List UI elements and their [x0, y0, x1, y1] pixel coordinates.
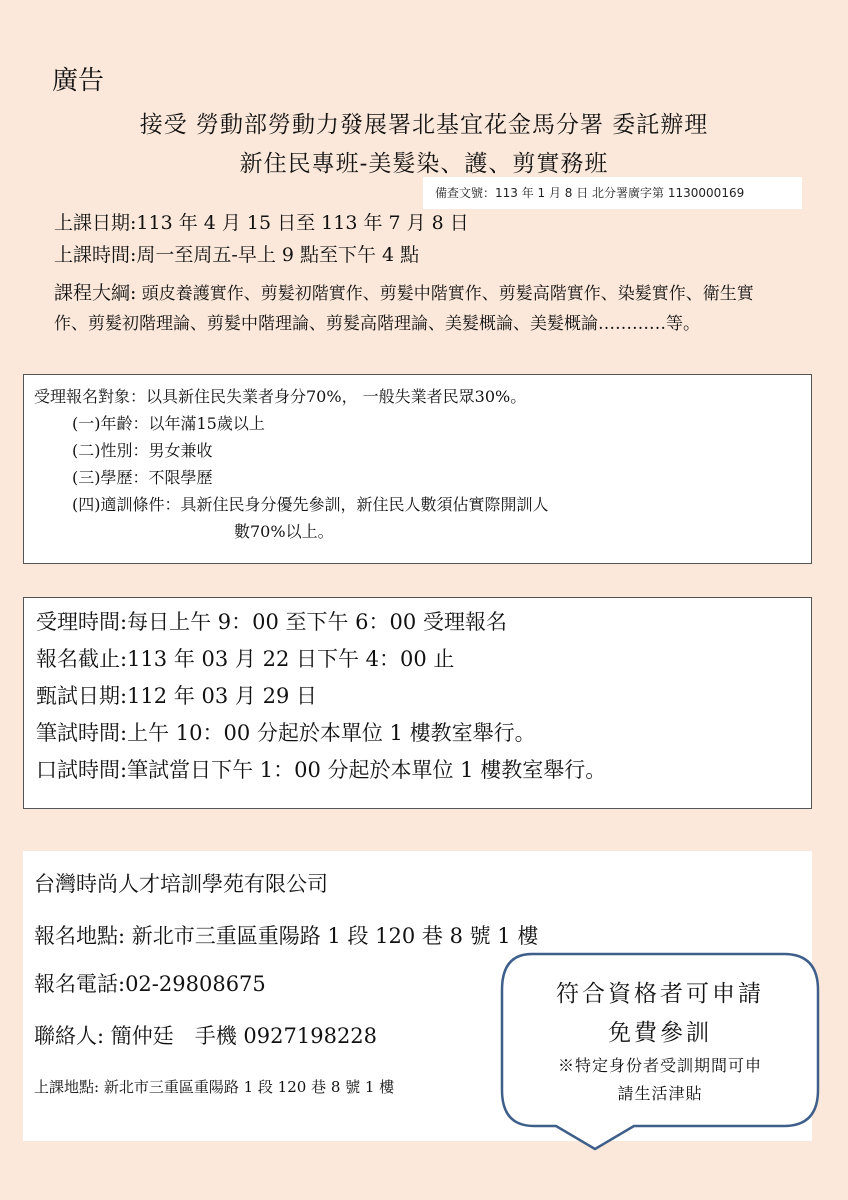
reference-number: 備查文號：113 年 1 月 8 日 北分署廣字第 1130000169 — [423, 177, 802, 209]
registration-phone: 報名電話:02-29808675 — [34, 968, 266, 998]
course-outline: 課程大綱: 頭皮養護實作、剪髮初階實作、剪髮中階實作、剪髮高階實作、染髮實作、衛… — [54, 278, 774, 339]
eligibility-education: (三)學歷：不限學歷 — [34, 464, 801, 491]
eligibility-gender: (二)性別：男女兼收 — [34, 437, 801, 464]
class-location: 上課地點: 新北市三重區重陽路 1 段 120 巷 8 號 1 樓 — [34, 1076, 394, 1097]
callout-note: ※特定身份者受訓期間可申 — [502, 1053, 818, 1076]
registration-location: 報名地點: 新北市三重區重陽路 1 段 120 巷 8 號 1 樓 — [34, 920, 538, 950]
outline-label: 課程大綱: — [54, 282, 136, 304]
callout-note-cont: 請生活津貼 — [502, 1081, 818, 1104]
ad-label: 廣告 — [52, 60, 104, 97]
eligibility-heading: 受理報名對象：以具新住民失業者身分70%， 一般失業者民眾30%。 — [34, 383, 801, 410]
eligibility-condition: (四)適訓條件：具新住民身分優先參訓，新住民人數須佔實際開訓人 — [34, 491, 801, 518]
registration-deadline: 報名截止:113 年 03 月 22 日下午 4：00 止 — [36, 641, 799, 678]
course-title: 新住民專班-美髮染、護、剪實務班 — [0, 145, 848, 178]
contact-person: 聯絡人: 簡仲廷 手機 0927198228 — [34, 1020, 377, 1050]
outline-text: 頭皮養護實作、剪髮初階實作、剪髮中階實作、剪髮高階實作、染髮實作、衛生實作、剪髮… — [54, 284, 754, 334]
course-hours: 上課時間:周一至周五-早上 9 點至下午 4 點 — [54, 240, 419, 270]
company-name: 台灣時尚人才培訓學苑有限公司 — [34, 868, 328, 898]
title-line-1: 接受 勞動部勞動力發展署北基宜花金馬分署 委託辦理 — [0, 106, 848, 139]
eligibility-condition-cont: 數70%以上。 — [34, 518, 801, 545]
written-test-time: 筆試時間:上午 10：00 分起於本單位 1 樓教室舉行。 — [36, 715, 799, 752]
callout-free: 免費參訓 — [502, 1014, 818, 1047]
eligibility-box: 受理報名對象：以具新住民失業者身分70%， 一般失業者民眾30%。 (一)年齡：… — [23, 374, 812, 564]
registration-hours: 受理時間:每日上午 9：00 至下午 6：00 受理報名 — [36, 604, 799, 641]
course-dates: 上課日期:113 年 4 月 15 日至 113 年 7 月 8 日 — [54, 208, 469, 238]
callout-eligible: 符合資格者可申請 — [502, 975, 818, 1008]
schedule-box: 受理時間:每日上午 9：00 至下午 6：00 受理報名 報名截止:113 年 … — [23, 597, 812, 809]
screening-date: 甄試日期:112 年 03 月 29 日 — [36, 678, 799, 715]
interview-time: 口試時間:筆試當日下午 1：00 分起於本單位 1 樓教室舉行。 — [36, 752, 799, 789]
eligibility-age: (一)年齡：以年滿15歲以上 — [34, 410, 801, 437]
